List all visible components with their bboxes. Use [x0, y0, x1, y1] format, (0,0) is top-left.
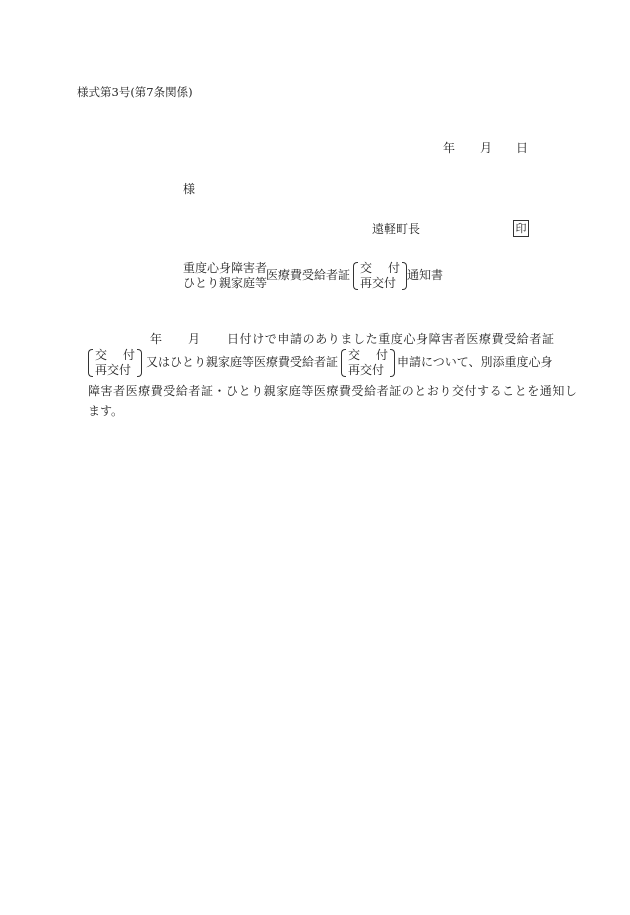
- body-option-2-bottom: 再交付: [348, 363, 388, 377]
- body-line-3: 障害者医療費受給者証・ひとり親家庭等医療費受給者証のとおり交付することを通知し: [88, 384, 577, 398]
- body-line-4: ます。: [88, 404, 123, 418]
- right-bracket-icon: [137, 349, 142, 377]
- body-line-1-text: 日付けで申請のありました重度心身障害者医療費受給者証: [227, 332, 555, 346]
- right-bracket-icon: [390, 349, 395, 377]
- title-option-top-right: 付: [388, 261, 400, 275]
- title-line-top: 重度心身障害者: [183, 261, 267, 276]
- left-bracket-icon: [341, 349, 346, 377]
- sender-title: 遠軽町長: [372, 222, 420, 236]
- title-option-bottom: 再交付: [360, 276, 400, 290]
- left-bracket-icon: [353, 262, 358, 290]
- body-line-2-tail: 申請について、別添重度心身: [397, 355, 553, 369]
- body-option-1-bottom: 再交付: [95, 363, 135, 377]
- title-line-bottom: ひとり親家庭等: [183, 276, 267, 291]
- body-year-label: 年: [150, 332, 162, 346]
- title-option-top-left: 交: [360, 261, 372, 275]
- date-year-label: 年: [443, 141, 455, 155]
- body-option-1-top-right: 付: [123, 348, 135, 362]
- left-bracket-icon: [88, 349, 93, 377]
- body-option-bracket-2: 交 付 再交付: [341, 348, 395, 378]
- body-month-label: 月: [188, 332, 200, 346]
- body-option-2-top-left: 交: [348, 348, 360, 362]
- body-line-2: 交 付 再交付 又はひとり親家庭等医療費受給者証 交 付 再交付 申請について、…: [88, 348, 558, 380]
- addressee-suffix: 様: [183, 182, 195, 196]
- title-recipient-types: 重度心身障害者 ひとり親家庭等: [183, 261, 267, 291]
- date-month-label: 月: [480, 141, 492, 155]
- date-day-label: 日: [516, 141, 528, 155]
- body-line-2-middle: 又はひとり親家庭等医療費受給者証: [146, 355, 338, 369]
- body-option-1-top-left: 交: [95, 348, 107, 362]
- body-option-bracket-1: 交 付 再交付: [88, 348, 142, 378]
- title-tail: 通知書: [407, 268, 443, 282]
- title-option-bracket: 交 付 再交付: [353, 261, 407, 291]
- seal-mark: 印: [513, 220, 529, 237]
- form-number: 様式第3号(第7条関係): [77, 85, 193, 99]
- body-option-2-top-right: 付: [376, 348, 388, 362]
- title-middle: 医療費受給者証: [266, 268, 350, 282]
